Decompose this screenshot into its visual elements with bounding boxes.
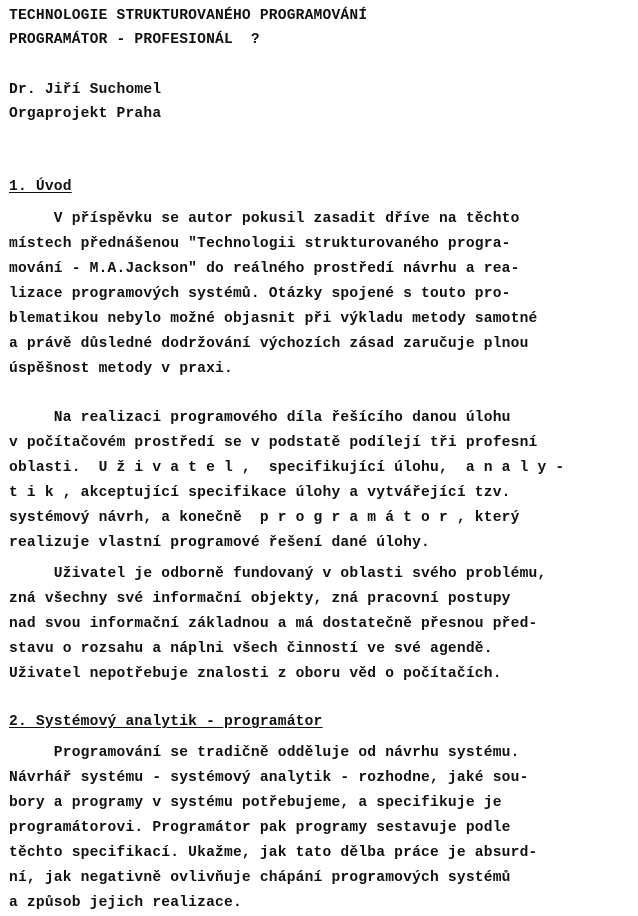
text-line: oblasti. U ž i v a t e l , specifikující… (9, 460, 564, 476)
text-line: zná všechny své informační objekty, zná … (9, 591, 511, 607)
text-line: a způsob jejich realizace. (9, 895, 242, 911)
text-line: programátorovi. Programátor pak programy… (9, 820, 511, 836)
text-line: V příspěvku se autor pokusil zasadit dří… (9, 211, 520, 227)
document-title-line-1: TECHNOLOGIE STRUKTUROVANÉHO PROGRAMOVÁNÍ (9, 8, 367, 24)
text-line: bory a programy v systému potřebujeme, a… (9, 795, 502, 811)
text-line: t i k , akceptující specifikace úlohy a … (9, 485, 511, 501)
section-heading-analyst-programmer: 2. Systémový analytik - programátor (9, 714, 323, 730)
text-line: nad svou informační základnou a má dosta… (9, 616, 538, 632)
text-line: Uživatel nepotřebuje znalosti z oboru vě… (9, 666, 502, 682)
author-affiliation: Orgaprojekt Praha (9, 106, 161, 122)
text-line: lizace programových systémů. Otázky spoj… (9, 286, 511, 302)
text-line: stavu o rozsahu a náplni všech činností … (9, 641, 493, 657)
text-line: Programování se tradičně odděluje od náv… (9, 745, 520, 761)
text-line: realizuje vlastní programové řešení dané… (9, 535, 430, 551)
text-line: Návrhář systému - systémový analytik - r… (9, 770, 529, 786)
text-line: v počítačovém prostředí se v podstatě po… (9, 435, 538, 451)
text-line: mování - M.A.Jackson" do reálného prostř… (9, 261, 520, 277)
text-line: systémový návrh, a konečně p r o g r a m… (9, 510, 520, 526)
document-title-line-2: PROGRAMÁTOR - PROFESIONÁL ? (9, 32, 260, 48)
text-line: místech přednášenou "Technologii struktu… (9, 236, 511, 252)
text-line: těchto specifikací. Ukažme, jak tato děl… (9, 845, 538, 861)
text-line: Na realizaci programového díla řešícího … (9, 410, 511, 426)
text-line: blematikou nebylo možné objasnit při výk… (9, 311, 538, 327)
author-name: Dr. Jiří Suchomel (9, 82, 161, 98)
section-heading-intro: 1. Úvod (9, 179, 72, 195)
text-line: a právě důsledné dodržování výchozích zá… (9, 336, 529, 352)
text-line: ní, jak negativně ovlivňuje chápání prog… (9, 870, 511, 886)
text-line: úspěšnost metody v praxi. (9, 361, 233, 377)
text-line: Uživatel je odborně fundovaný v oblasti … (9, 566, 546, 582)
